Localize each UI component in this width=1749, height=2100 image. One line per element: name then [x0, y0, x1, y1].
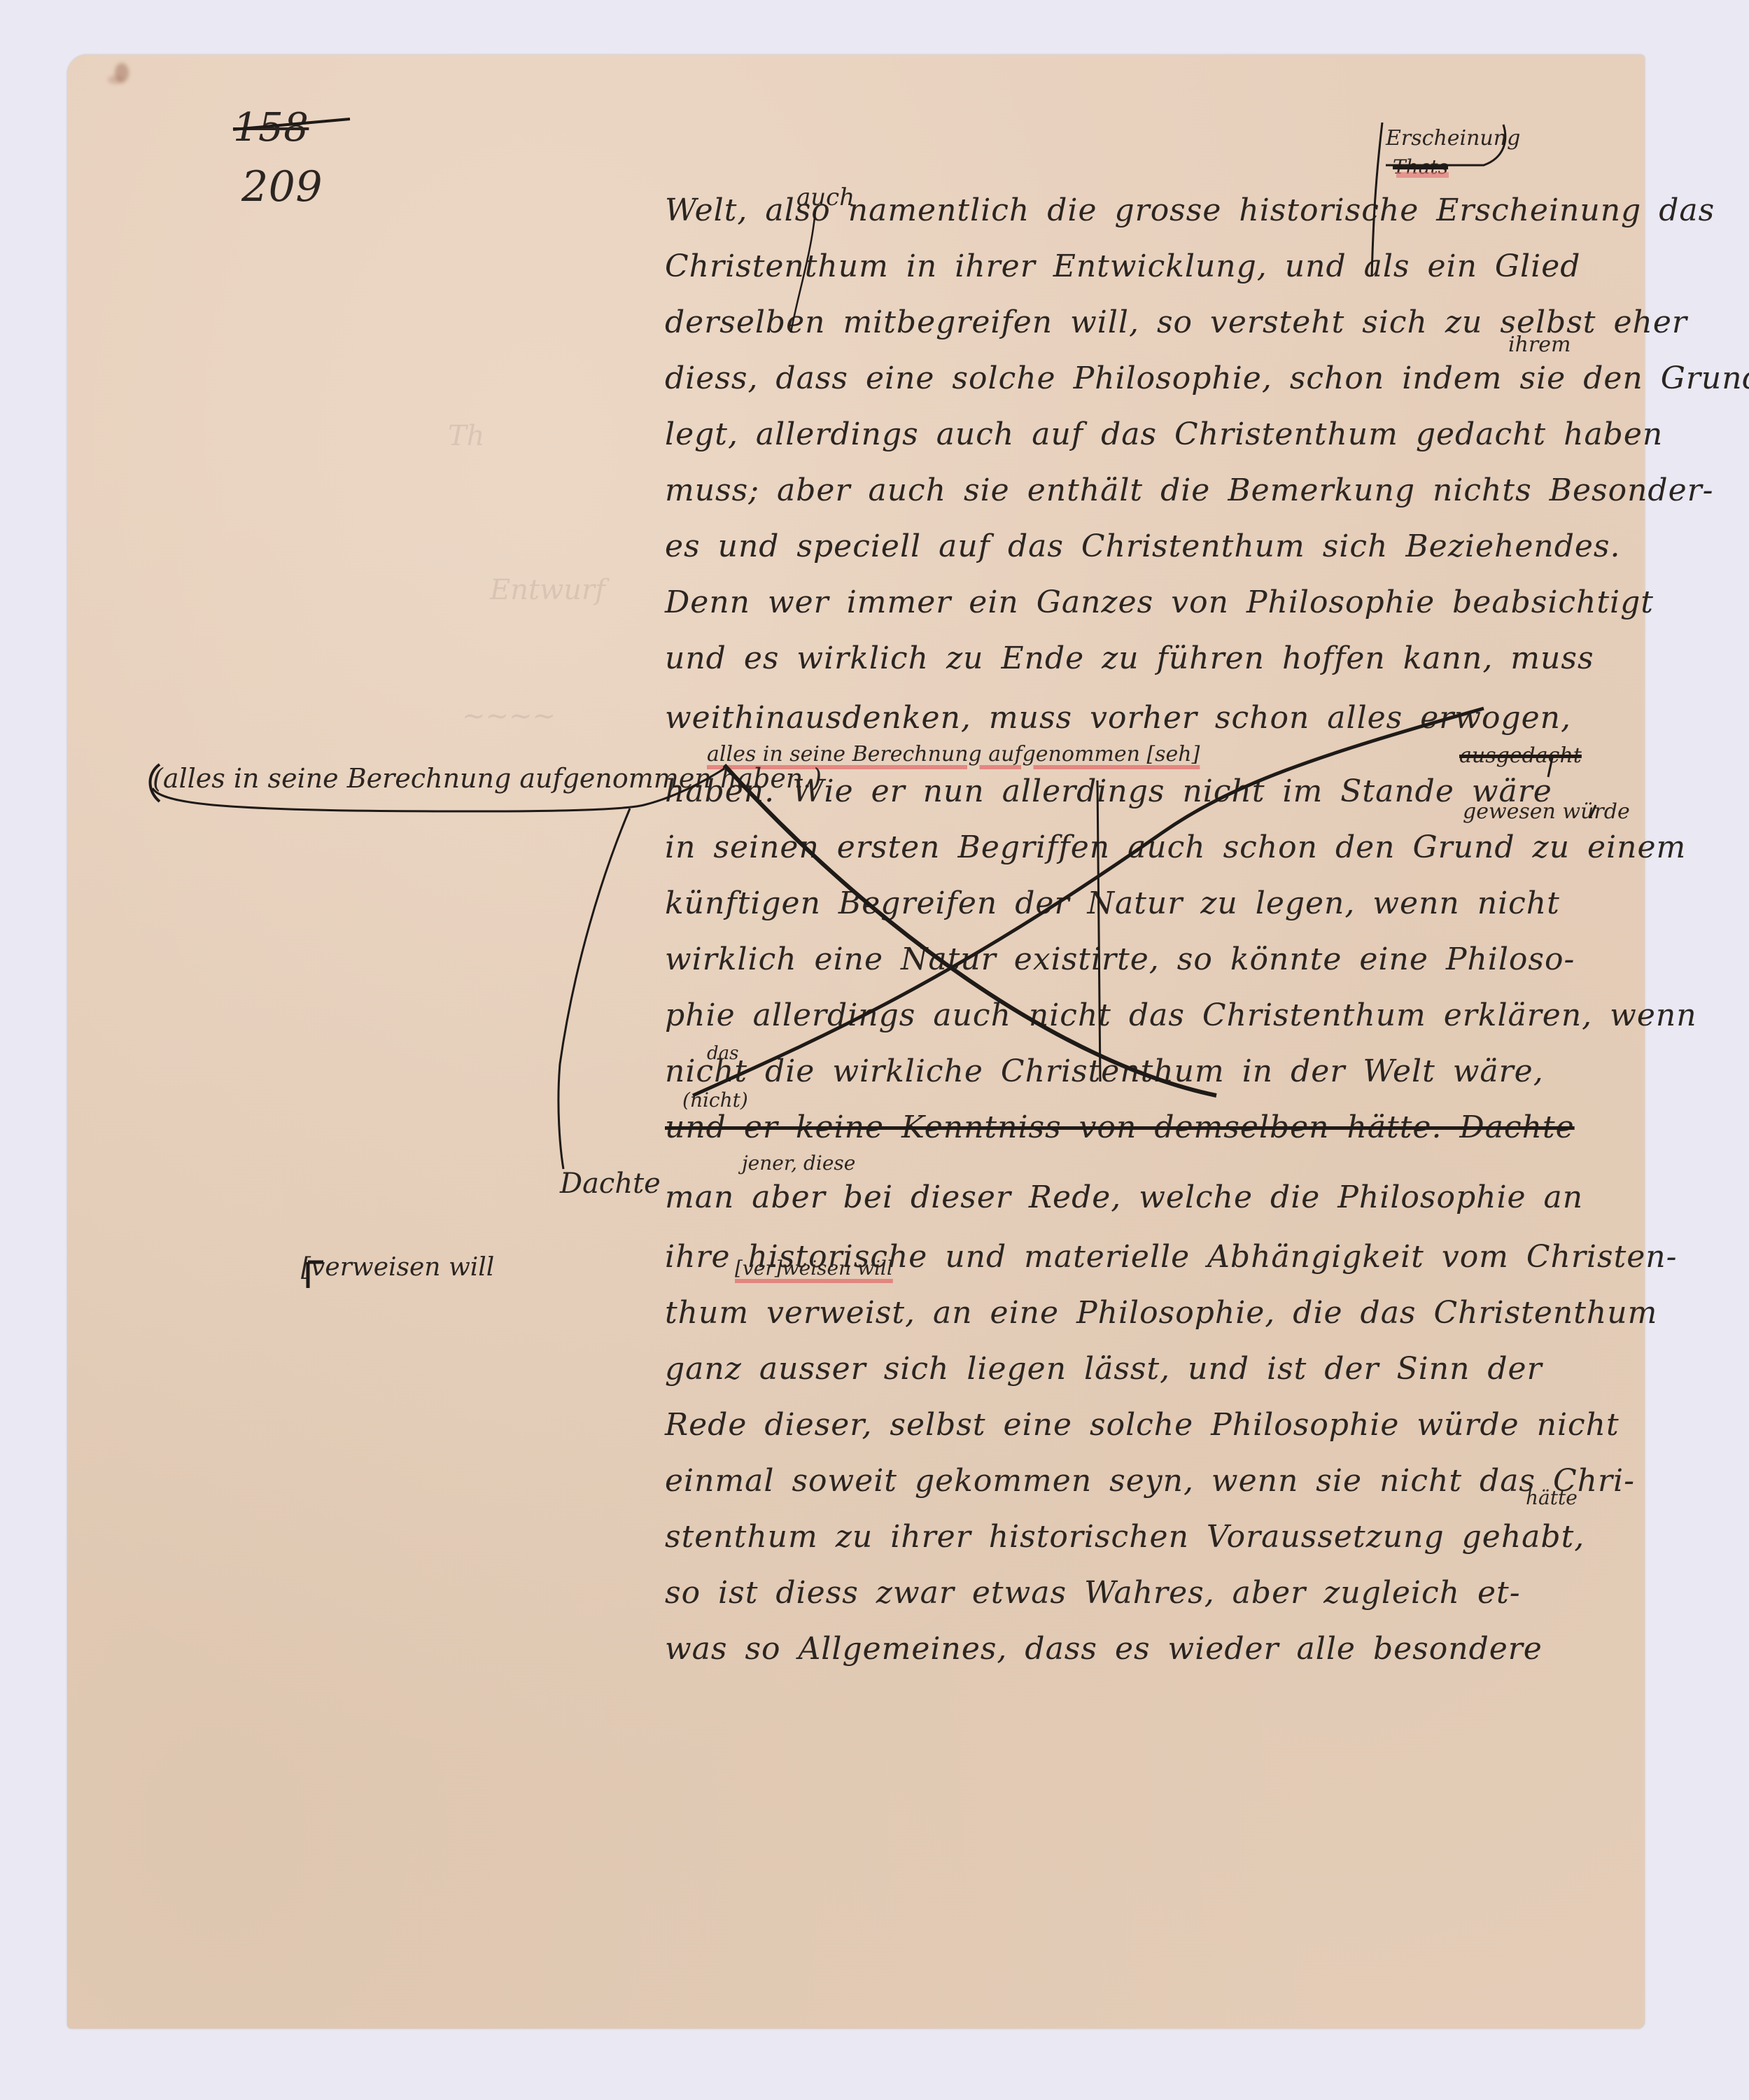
- text-line-struck: und er keine Kenntniss von demselben hät…: [665, 1109, 1575, 1145]
- margin-note-dachte: Dachte: [560, 1168, 661, 1200]
- bleed-through-text: ~~~~: [462, 700, 556, 732]
- insertion-erscheinung: Erscheinung: [1386, 126, 1520, 150]
- bleed-through-text: Entwurf: [490, 574, 605, 606]
- insertion-struck: ausgedacht: [1459, 743, 1582, 768]
- text-line: ganz ausser sich liegen lässt, und ist d…: [665, 1351, 1543, 1387]
- folio-number-new: 209: [241, 162, 323, 211]
- bleed-through-text: Th: [448, 420, 484, 452]
- insertion-jener-diese: jener, diese: [742, 1151, 855, 1175]
- ink-stain: [108, 76, 123, 84]
- text-line: phie allerdings auch nicht das Christent…: [665, 997, 1697, 1033]
- text-line: weithinausdenken, muss vorher schon alle…: [665, 700, 1571, 736]
- text-line: Rede dieser, selbst eine solche Philosop…: [665, 1407, 1620, 1443]
- insertion-gewesen: gewesen würde: [1463, 799, 1630, 824]
- text-line: Welt, also namentlich die grosse histori…: [665, 192, 1715, 228]
- text-line: es und speciell auf das Christenthum sic…: [665, 528, 1621, 564]
- text-line: Denn wer immer ein Ganzes von Philosophi…: [665, 584, 1654, 620]
- insertion-nicht: (nicht): [682, 1088, 748, 1112]
- insertion-ihrem: ihrem: [1508, 332, 1571, 357]
- folio-number-old: 158: [233, 105, 309, 150]
- text-line: nicht die wirkliche Christenthum in der …: [665, 1053, 1544, 1089]
- text-line: künftigen Begreifen der Natur zu legen, …: [665, 885, 1560, 921]
- text-line: was so Allgemeines, dass es wieder alle …: [665, 1631, 1543, 1667]
- text-line: einmal soweit gekommen seyn, wenn sie ni…: [665, 1463, 1635, 1499]
- text-line: thum verweist, an eine Philosophie, die …: [665, 1295, 1657, 1331]
- margin-note-verweisen: [verweisen will: [301, 1253, 494, 1282]
- insertion-haette: hätte: [1526, 1486, 1578, 1509]
- manuscript-page: [67, 55, 1645, 2029]
- insertion-verweisen: [ver]weisen will: [735, 1256, 893, 1280]
- text-line: und es wirklich zu Ende zu führen hoffen…: [665, 640, 1594, 676]
- text-line: in seinen ersten Begriffen auch schon de…: [665, 829, 1686, 865]
- margin-note-bracketed: (alles in seine Berechnung aufgenommen h…: [153, 763, 822, 794]
- text-line: stenthum zu ihrer historischen Vorausset…: [665, 1519, 1585, 1555]
- insertion-struck: Thats: [1393, 155, 1448, 178]
- text-line: wirklich eine Natur existirte, so könnte…: [665, 941, 1575, 977]
- text-line: man aber bei dieser Rede, welche die Phi…: [665, 1179, 1583, 1215]
- text-line: Christenthum in ihrer Entwicklung, und a…: [665, 248, 1580, 284]
- text-line: muss; aber auch sie enthält die Bemerkun…: [665, 472, 1714, 508]
- text-line: so ist diess zwar etwas Wahres, aber zug…: [665, 1575, 1521, 1611]
- text-line: diess, dass eine solche Philosophie, sch…: [665, 360, 1749, 396]
- insertion-das: das: [707, 1043, 739, 1064]
- text-line: legt, allerdings auch auf das Christenth…: [665, 416, 1663, 452]
